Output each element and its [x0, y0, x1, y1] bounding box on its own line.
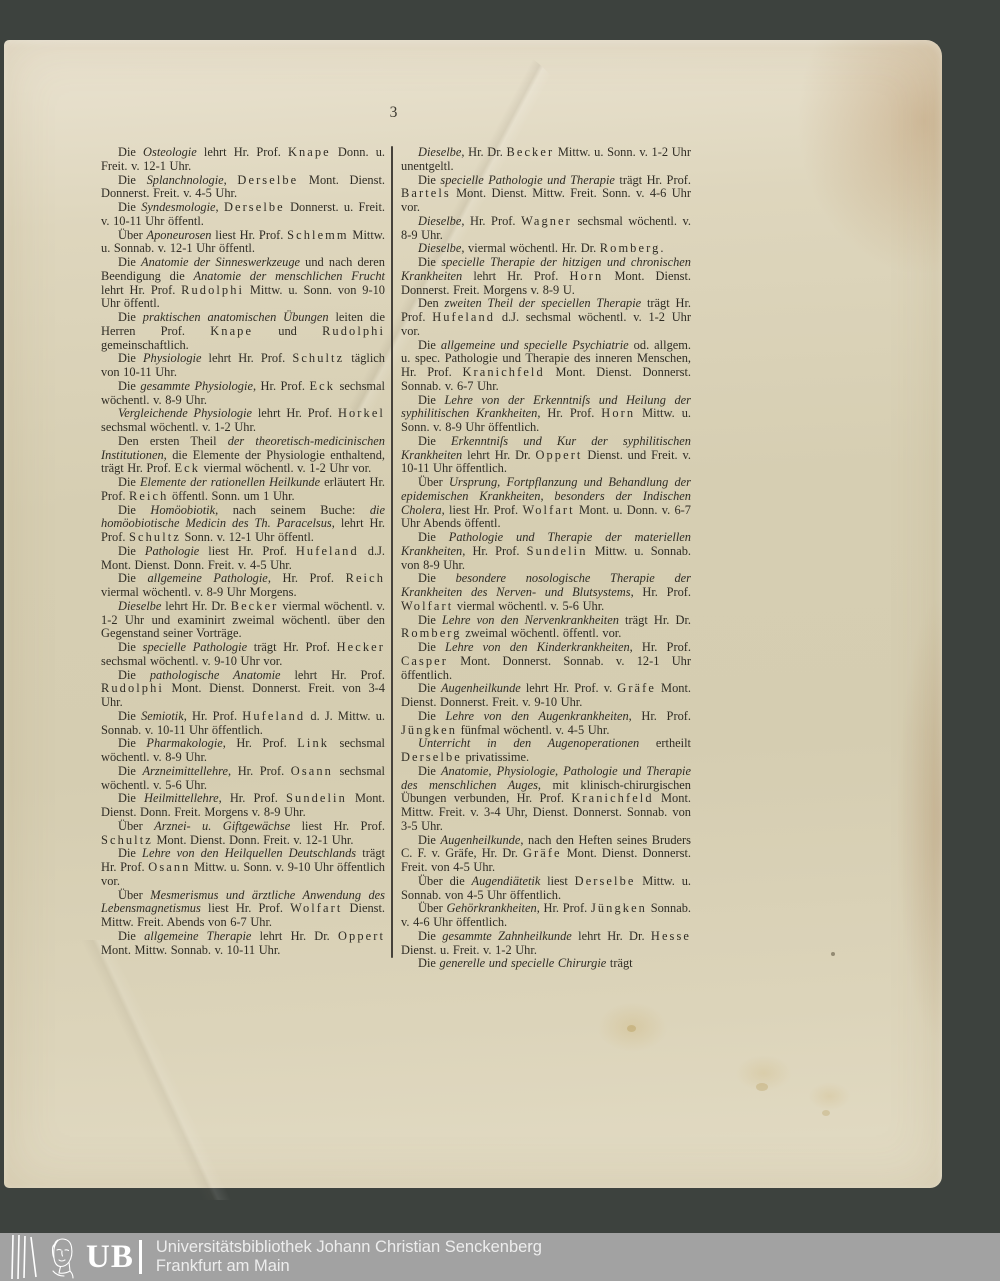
book-spine-lines-icon [10, 1235, 40, 1279]
catalog-entry: Die pathologische Anatomie lehrt Hr. Pro… [101, 669, 385, 710]
catalog-entry: Unterricht in den Augenoperationen erthe… [401, 737, 691, 765]
catalog-entry: Die Lehre von den Nervenkrankheiten träg… [401, 614, 691, 642]
catalog-entry: Die Arzneimittellehre, Hr. Prof. Osann s… [101, 765, 385, 793]
catalog-entry: Die Anatomie, Physiologie, Pathologie un… [401, 765, 691, 834]
paper-stain-speck [831, 952, 835, 956]
catalog-entry: Dieselbe, viermal wöchentl. Hr. Dr. Romb… [401, 242, 691, 256]
catalog-entry: Die Anatomie der Sinneswerkzeuge und nac… [101, 256, 385, 311]
footer-line2: Frankfurt am Main [156, 1257, 542, 1276]
catalog-entry: Die Augenheilkunde, nach den Heften sein… [401, 834, 691, 875]
catalog-entry: Die Lehre von den Kinderkrankheiten, Hr.… [401, 641, 691, 682]
catalog-entry: Die Lehre von der Erkenntniſs und Heilun… [401, 394, 691, 435]
catalog-entry: Die Pathologie liest Hr. Prof. Hufeland … [101, 545, 385, 573]
catalog-entry: Vergleichende Physiologie lehrt Hr. Prof… [101, 407, 385, 435]
paper-stain-speck [627, 1025, 636, 1032]
catalog-entry: Die Homöobiotik, nach seinem Buche: die … [101, 504, 385, 545]
catalog-entry: Die Physiologie lehrt Hr. Prof. Schultz … [101, 352, 385, 380]
catalog-entry: Die besondere nosologische Therapie der … [401, 572, 691, 613]
column-divider [391, 146, 393, 958]
paper-stain-speck [822, 1110, 830, 1116]
catalog-entry: Den zweiten Theil der speciellen Therapi… [401, 297, 691, 338]
catalog-entry: Dieselbe, Hr. Dr. Becker Mittw. u. Sonn.… [401, 146, 691, 174]
catalog-entry: Die specielle Pathologie trägt Hr. Prof.… [101, 641, 385, 669]
catalog-entry: Die Lehre von den Heilquellen Deutschlan… [101, 847, 385, 888]
catalog-entry: Über Gehörkrankheiten, Hr. Prof. Jüngken… [401, 902, 691, 930]
catalog-entry: Die Lehre von den Augenkrankheiten, Hr. … [401, 710, 691, 738]
goethe-head-icon [40, 1235, 84, 1279]
catalog-entry: Über Ursprung, Fortpflanzung und Behandl… [401, 476, 691, 531]
logo-divider [139, 1240, 142, 1274]
ub-logo-text: UB [86, 1241, 134, 1274]
catalog-entry: Die Semiotik, Hr. Prof. Hufeland d. J. M… [101, 710, 385, 738]
catalog-entry: Die Pathologie und Therapie der materiel… [401, 531, 691, 572]
library-name: Universitätsbibliothek Johann Christian … [156, 1238, 542, 1276]
catalog-entry: Die Pharmakologie, Hr. Prof. Link sechsm… [101, 737, 385, 765]
paper-stain-speck [756, 1083, 768, 1091]
catalog-entry: Die specielle Therapie der hitzigen und … [401, 256, 691, 297]
library-footer-bar: UB Universitätsbibliothek Johann Christi… [0, 1233, 1000, 1281]
catalog-entry: Die Elemente der rationellen Heilkunde e… [101, 476, 385, 504]
catalog-entry: Den ersten Theil der theoretisch-medicin… [101, 435, 385, 476]
catalog-entry: Die gesammte Zahnheilkunde lehrt Hr. Dr.… [401, 930, 691, 958]
catalog-entry: Die praktischen anatomischen Übungen lei… [101, 311, 385, 352]
catalog-entry: Die Erkenntniſs und Kur der syphilitisch… [401, 435, 691, 476]
catalog-entry: Die allgemeine Pathologie, Hr. Prof. Rei… [101, 572, 385, 600]
catalog-entry: Die Heilmittellehre, Hr. Prof. Sundelin … [101, 792, 385, 820]
catalog-entry: Die Augenheilkunde lehrt Hr. Prof. v. Gr… [401, 682, 691, 710]
catalog-entry: Die Splanchnologie, Derselbe Mont. Diens… [101, 174, 385, 202]
catalog-entry: Die allgemeine und specielle Psychiatrie… [401, 339, 691, 394]
scan-viewer: { "page": { "number": "3", "columns": [ … [0, 0, 1000, 1281]
page-number: 3 [374, 104, 414, 122]
text-columns: Die Osteologie lehrt Hr. Prof. Knape Don… [101, 146, 691, 971]
catalog-entry: Dieselbe, Hr. Prof. Wagner sechsmal wöch… [401, 215, 691, 243]
catalog-entry: Die specielle Pathologie und Therapie tr… [401, 174, 691, 215]
scanned-page: 3 Die Osteologie lehrt Hr. Prof. Knape D… [4, 40, 942, 1188]
catalog-entry: Die generelle und specielle Chirurgie tr… [401, 957, 691, 971]
catalog-entry: Dieselbe lehrt Hr. Dr. Becker viermal wö… [101, 600, 385, 641]
left-column: Die Osteologie lehrt Hr. Prof. Knape Don… [101, 146, 385, 957]
catalog-entry: Über Mesmerismus und ärztliche Anwendung… [101, 889, 385, 930]
catalog-entry: Die Osteologie lehrt Hr. Prof. Knape Don… [101, 146, 385, 174]
catalog-entry: Die allgemeine Therapie lehrt Hr. Dr. Op… [101, 930, 385, 958]
catalog-entry: Die Syndesmologie, Derselbe Donnerst. u.… [101, 201, 385, 229]
footer-line1: Universitätsbibliothek Johann Christian … [156, 1238, 542, 1257]
library-logo: UB [10, 1233, 142, 1281]
paper-crease [4, 940, 304, 1200]
catalog-entry: Über Arznei- u. Giftgewächse liest Hr. P… [101, 820, 385, 848]
catalog-entry: Die gesammte Physiologie, Hr. Prof. Eck … [101, 380, 385, 408]
catalog-entry: Über die Augendiätetik liest Derselbe Mi… [401, 875, 691, 903]
right-column: Dieselbe, Hr. Dr. Becker Mittw. u. Sonn.… [401, 146, 691, 971]
catalog-entry: Über Aponeurosen liest Hr. Prof. Schlemm… [101, 229, 385, 257]
